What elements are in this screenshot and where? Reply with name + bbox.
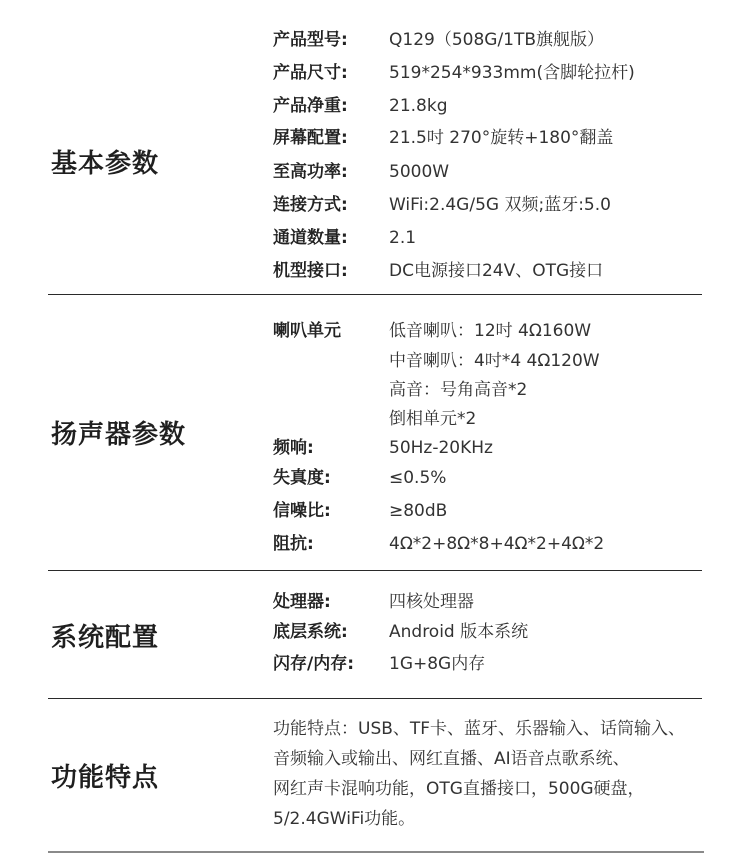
spec-label: 底层系统: <box>273 616 348 649</box>
spec-value: Q129（508G/1TB旗舰版） <box>389 24 604 57</box>
spec-value: 低音喇叭：12吋 4Ω160W <box>389 315 591 348</box>
spec-label: 屏幕配置: <box>273 122 348 155</box>
section-divider <box>48 294 702 295</box>
spec-label: 闪存/内存: <box>273 648 354 681</box>
spec-value: 1G+8G内存 <box>389 648 485 681</box>
spec-value: 4Ω*2+8Ω*8+4Ω*2+4Ω*2 <box>389 528 604 561</box>
spec-value: 21.8kg <box>389 90 448 123</box>
spec-label: 喇叭单元 <box>273 315 341 348</box>
spec-label: 阻抗: <box>273 528 314 561</box>
spec-label: 处理器: <box>273 586 331 619</box>
spec-value: WiFi:2.4G/5G 双频;蓝牙:5.0 <box>389 189 611 222</box>
spec-value: 5000W <box>389 156 449 189</box>
section-divider <box>48 570 702 571</box>
spec-value: DC电源接口24V、OTG接口 <box>389 255 603 288</box>
features-line: 功能特点：USB、TF卡、蓝牙、乐器输入、话筒输入、 <box>273 714 743 744</box>
features-line: 网红声卡混响功能，OTG直播接口，500G硬盘， <box>273 774 743 804</box>
features-line: 音频输入或输出、网红直播、AI语音点歌系统、 <box>273 744 743 774</box>
section-title-system: 系统配置 <box>51 617 159 654</box>
spec-value: 50Hz-20KHz <box>389 432 493 465</box>
spec-value: ≤0.5% <box>389 462 446 495</box>
spec-label: 频响: <box>273 432 314 465</box>
spec-label: 信噪比: <box>273 495 331 528</box>
spec-label: 机型接口: <box>273 255 348 288</box>
features-line: 5/2.4GWiFi功能。 <box>273 804 743 834</box>
section-title-speaker: 扬声器参数 <box>51 414 186 451</box>
spec-label: 产品净重: <box>273 90 348 123</box>
spec-value: 四核处理器 <box>389 586 474 619</box>
spec-value: 2.1 <box>389 222 416 255</box>
spec-label: 通道数量: <box>273 222 348 255</box>
spec-value: 21.5吋 270°旋转+180°翻盖 <box>389 122 613 155</box>
spec-value: ≥80dB <box>389 495 447 528</box>
section-title-basic: 基本参数 <box>51 143 159 180</box>
section-divider <box>48 851 704 853</box>
features-description: 功能特点：USB、TF卡、蓝牙、乐器输入、话筒输入、 音频输入或输出、网红直播、… <box>273 714 743 834</box>
spec-label: 连接方式: <box>273 189 348 222</box>
spec-value: 519*254*933mm(含脚轮拉杆) <box>389 57 635 90</box>
spec-label: 产品尺寸: <box>273 57 348 90</box>
spec-label: 失真度: <box>273 462 331 495</box>
spec-label: 至高功率: <box>273 156 348 189</box>
spec-label: 产品型号: <box>273 24 348 57</box>
section-title-features: 功能特点 <box>51 757 159 794</box>
spec-value: Android 版本系统 <box>389 616 528 649</box>
section-divider <box>48 698 702 699</box>
